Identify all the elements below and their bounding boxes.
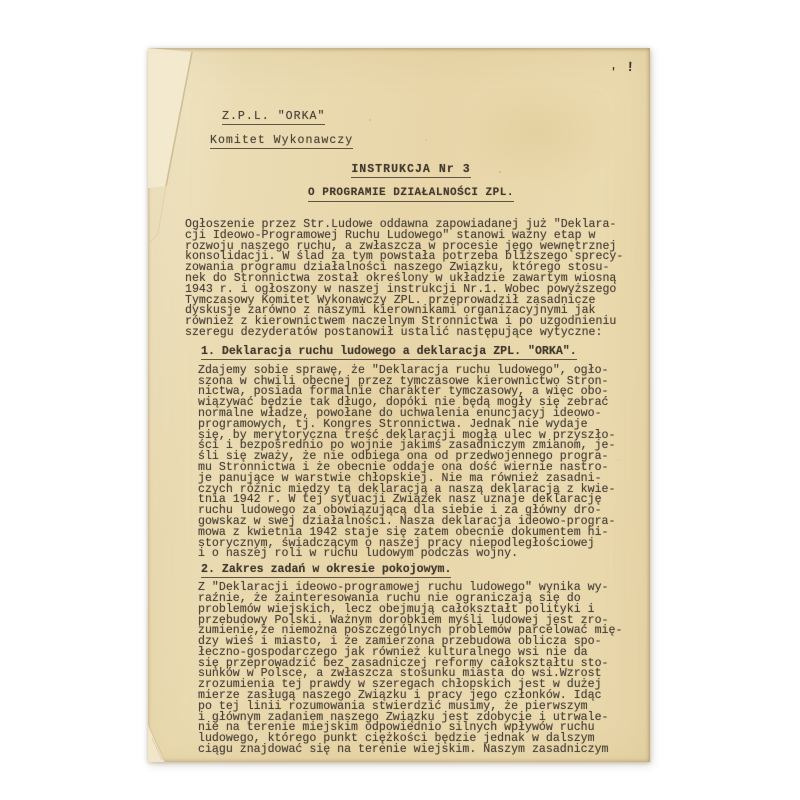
section-1-body: Zdajemy sobie sprawę, że "Deklaracja ruc… <box>185 366 641 560</box>
section-2-heading: 2. Zakres zadań w okresie pokojowym. <box>185 563 641 578</box>
document-subtitle: O PROGRAMIE DZIAŁALNOŚCI ZPL. <box>308 187 514 202</box>
section-2-body: Z "Deklaracji ideowo-programowej ruchu l… <box>185 583 641 756</box>
pen-mark-exclamation: ! <box>626 60 635 76</box>
document-titles: INSTRUKCJA Nr 3 O PROGRAMIE DZIAŁALNOŚCI… <box>185 163 637 202</box>
section-1-heading: 1. Deklaracja ruchu ludowego a deklaracj… <box>185 345 641 360</box>
document-title: INSTRUKCJA Nr 3 <box>351 163 470 178</box>
org-subtitle: Komitet Wykonawczy <box>210 134 353 149</box>
org-name: Z.P.L. "ORKA" <box>222 110 325 125</box>
intro-paragraph: Ogłoszenie przez Str.Ludowe oddawna zapo… <box>185 220 641 339</box>
document-body: Ogłoszenie przez Str.Ludowe oddawna zapo… <box>185 220 641 756</box>
scanned-document-page: Z.P.L. "ORKA" Komitet Wykonawczy INSTRUK… <box>0 0 800 800</box>
document-paper: Z.P.L. "ORKA" Komitet Wykonawczy INSTRUK… <box>148 48 650 762</box>
pen-mark-icon: ' ! <box>610 60 650 86</box>
pen-mark-stroke: ' <box>610 67 617 79</box>
